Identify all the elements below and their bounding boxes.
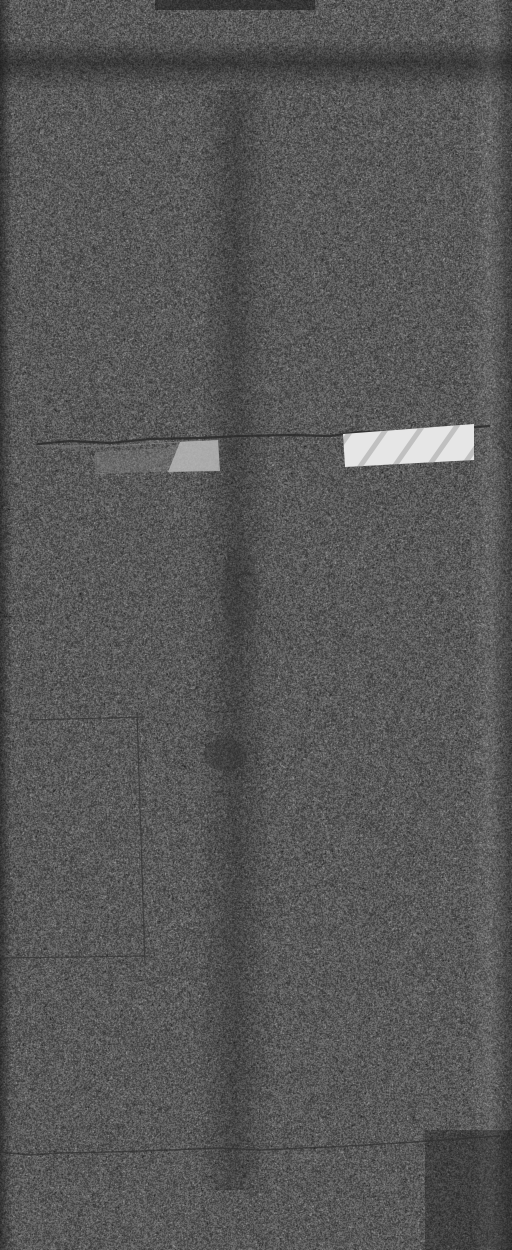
pavement-crack-lower [0,1136,500,1155]
asphalt-pavement-photo [0,0,512,1250]
sealed-cut-lines [0,712,150,965]
pavement-features [0,0,512,1250]
